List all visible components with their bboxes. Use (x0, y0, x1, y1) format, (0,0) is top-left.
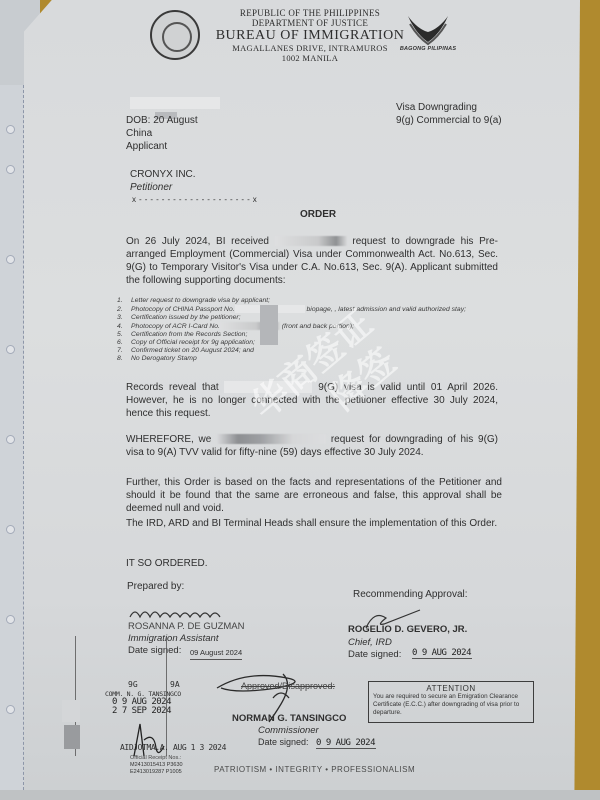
list-text: Photocopy of CHINA Passport No. (131, 306, 235, 313)
approved-disapproved-label: Approved/Disapproved: (241, 680, 335, 693)
bagong-pilipinas-text: BAGONG PILIPINAS (398, 46, 458, 52)
para2-start: Records reveal that (126, 382, 219, 393)
order-title: ORDER (300, 208, 336, 221)
applicant-nationality: China (126, 127, 152, 140)
republic-line: REPUBLIC OF THE PHILIPPINES (210, 8, 410, 18)
receipt-number-2: E2413019287 P1005 (130, 766, 182, 779)
redaction-block (64, 725, 80, 749)
redacted-applicant-name (130, 97, 220, 109)
agency-name: BUREAU OF IMMIGRATION (210, 28, 410, 43)
perforation-hole (6, 525, 15, 534)
perforation-hole (6, 345, 15, 354)
attention-stamp: ATTENTION You are required to secure an … (368, 681, 534, 723)
list-number: 7. (117, 347, 131, 355)
recommending-approval-label: Recommending Approval: (353, 588, 468, 601)
redacted-applicant-name (275, 236, 347, 246)
recommender-date-label: Date signed: (348, 648, 401, 661)
perforation-hole (6, 165, 15, 174)
redaction-block (260, 305, 278, 345)
preparer-date: 09 August 2024 (190, 646, 242, 660)
list-text: No Derogatory Stamp (131, 355, 197, 362)
perforation-hole (6, 125, 15, 134)
attention-title: ATTENTION (373, 684, 529, 693)
perforated-strip (0, 85, 24, 800)
list-item: 6.Copy of Official receipt for 9g applic… (117, 339, 466, 347)
perforation-hole (6, 615, 15, 624)
letterhead-text: REPUBLIC OF THE PHILIPPINES DEPARTMENT O… (210, 8, 410, 63)
redacted-applicant-name (224, 381, 312, 393)
perforation-hole (6, 435, 15, 444)
paragraph-received: On 26 July 2024, BI received request to … (126, 235, 498, 287)
caption-separator: x - - - - - - - - - - - - - - - - - - - … (132, 193, 257, 206)
list-number: 2. (117, 306, 131, 314)
redaction-block (62, 700, 80, 722)
list-item: 2.Photocopy of CHINA Passport No. biopag… (117, 305, 466, 314)
bagong-pilipinas-icon (406, 12, 450, 46)
redacted-grant-text (216, 434, 326, 444)
footer-motto: PATRIOTISM • INTEGRITY • PROFESSIONALISM (214, 765, 415, 774)
list-text: Certification from the Records Section; (131, 331, 247, 338)
applicant-label: Applicant (126, 140, 167, 153)
address-line-2: 1002 MANILA (210, 53, 410, 63)
list-text: Letter request to downgrade visa by appl… (131, 297, 270, 304)
perforation-hole (6, 255, 15, 264)
commissioner-date-stamp: 0 9 AUG 2024 (316, 738, 376, 749)
list-number: 4. (117, 323, 131, 331)
list-text-tail: (front and back portion); (282, 323, 354, 330)
list-number: 1. (117, 297, 131, 305)
department-line: DEPARTMENT OF JUSTICE (210, 18, 410, 28)
bagong-pilipinas-logo: BAGONG PILIPINAS (398, 12, 458, 64)
list-text-tail: biopage, , latest admission and valid au… (307, 306, 466, 313)
subject-line-1: Visa Downgrading (396, 101, 477, 114)
list-number: 6. (117, 339, 131, 347)
list-item: 4.Photocopy of ACR I-Card No. (front and… (117, 322, 466, 331)
para1-start: On 26 July 2024, BI received (126, 236, 269, 247)
commissioner-date-label: Date signed: (258, 736, 309, 749)
list-item: 3.Certification issued by the petitioner… (117, 314, 466, 322)
list-number: 3. (117, 314, 131, 322)
paragraph-records: Records reveal that 9(G) visa is valid u… (126, 381, 498, 420)
address-line-1: MAGALLANES DRIVE, INTRAMUROS (210, 43, 410, 53)
list-number: 8. (117, 355, 131, 363)
list-item: 8.No Derogatory Stamp (117, 355, 466, 363)
petitioner-name: CRONYX INC. (130, 168, 196, 181)
recommender-name: ROGELIO D. GEVERO, JR. (348, 623, 467, 636)
list-item: 1.Letter request to downgrade visa by ap… (117, 297, 466, 305)
list-text: Confirmed ticket on 20 August 2024; and (131, 347, 254, 354)
list-item: 7.Confirmed ticket on 20 August 2024; an… (117, 347, 466, 355)
recommender-date-stamp: 0 9 AUG 2024 (412, 648, 472, 659)
attention-text: You are required to secure an Emigration… (373, 693, 529, 717)
so-ordered: IT SO ORDERED. (126, 557, 208, 570)
letterhead: REPUBLIC OF THE PHILIPPINES DEPARTMENT O… (140, 6, 480, 66)
perforation-hole (6, 705, 15, 714)
subject-line-2: 9(g) Commercial to 9(a) (396, 114, 502, 127)
para3-start: WHEREFORE, we (126, 434, 211, 445)
list-text: Copy of Official receipt for 9g applicat… (131, 339, 255, 346)
prepared-by-label: Prepared by: (127, 580, 184, 593)
paragraph-further: Further, this Order is based on the fact… (126, 476, 502, 515)
list-number: 5. (117, 331, 131, 339)
paragraph-implementation: The IRD, ARD and BI Terminal Heads shall… (126, 517, 502, 530)
supporting-documents-list: 1.Letter request to downgrade visa by ap… (117, 297, 466, 363)
list-text: Certification issued by the petitioner; (131, 314, 241, 321)
stamp-date-2: 2 7 SEP 2024 (112, 706, 171, 716)
list-item: 5.Certification from the Records Section… (117, 331, 466, 339)
paragraph-wherefore: WHEREFORE, we request for downgrading of… (126, 433, 498, 459)
bureau-seal-icon (150, 10, 200, 60)
applicant-dob: DOB: 20 August (126, 114, 198, 127)
next-page-edge (0, 790, 600, 800)
list-text: Photocopy of ACR I-Card No. (131, 323, 220, 330)
